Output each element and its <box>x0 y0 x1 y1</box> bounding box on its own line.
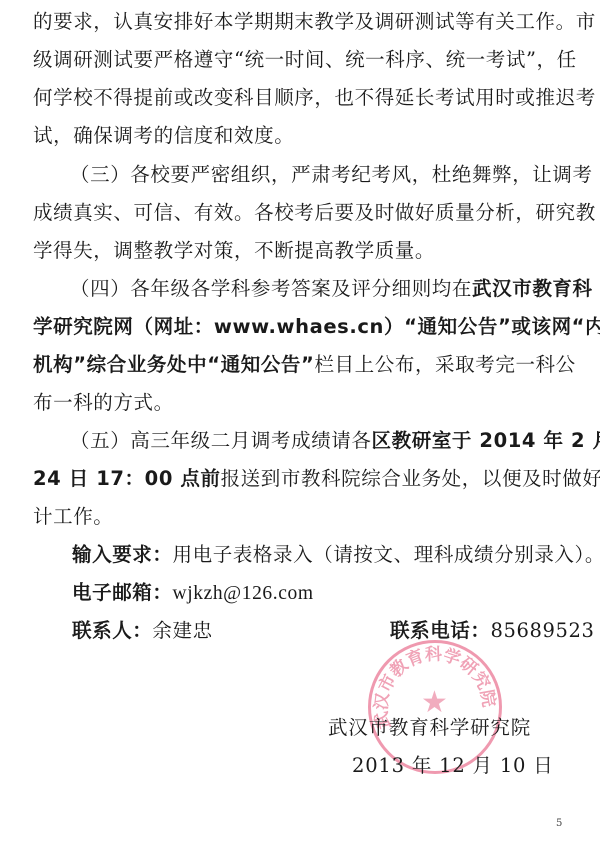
page-number: 5 <box>556 818 562 829</box>
bold-text: 机构”综合业务处中“通知公告” <box>33 353 314 376</box>
bold-text: 武汉市教育科 <box>472 277 593 300</box>
section-3-line: 学得失，调整教学对策，不断提高教学质量。 <box>33 239 573 263</box>
person-label: 联系人： <box>72 619 152 642</box>
plain-text: （五）高三年级二月调考成绩请各 <box>70 429 372 452</box>
section-5-line-3: 计工作。 <box>33 505 573 529</box>
section-3-line: 成绩真实、可信、有效。各校考后要及时做好质量分析，研究教 <box>33 201 573 225</box>
plain-text: （四）各年级各学科参考答案及评分细则均在 <box>70 277 472 300</box>
section-4-line-4: 布一科的方式。 <box>33 391 573 415</box>
bold-text: 24 日 17：00 点前 <box>33 467 221 490</box>
paragraph-line: 试，确保调考的信度和效度。 <box>33 124 573 148</box>
section-5-line-2: 24 日 17：00 点前报送到市教科院综合业务处，以便及时做好统 <box>33 467 573 491</box>
section-4-line-2: 学研究院网（网址：www.whaes.cn）“通知公告”或该网“内设 <box>33 315 573 339</box>
section-3-line: （三）各校要严密组织，严肃考纪考风，杜绝舞弊，让调考 <box>70 163 600 187</box>
input-requirement: 输入要求：用电子表格录入（请按文、理科成绩分别录入）。 <box>72 543 600 567</box>
person-value: 余建忠 <box>152 619 212 642</box>
phone-label: 联系电话： <box>390 619 491 642</box>
signature-org: 武汉市教育科学研究院 <box>328 712 531 740</box>
paragraph-line: 何学校不得提前或改变科目顺序，也不得延长考试用时或推迟考 <box>33 86 573 110</box>
section-5-line-1: （五）高三年级二月调考成绩请各区教研室于 2014 年 2 月 <box>70 429 600 453</box>
input-value: 用电子表格录入（请按文、理科成绩分别录入）。 <box>173 543 600 566</box>
paragraph-line: 级调研测试要严格遵守“统一时间、统一科序、统一考试”，任 <box>33 48 573 72</box>
email-line: 电子邮箱：wjkzh@126.com <box>72 581 600 606</box>
email-label: 电子邮箱： <box>72 581 173 604</box>
paragraph-line: 的要求，认真安排好本学期期末教学及调研测试等有关工作。市 <box>33 10 573 34</box>
input-label: 输入要求： <box>72 543 173 566</box>
phone-line: 联系电话：85689523 <box>390 619 590 643</box>
phone-value: 85689523 <box>491 619 595 642</box>
section-4-line-1: （四）各年级各学科参考答案及评分细则均在武汉市教育科 <box>70 277 600 301</box>
plain-text: 报送到市教科院综合业务处，以便及时做好统 <box>221 467 600 490</box>
section-4-line-3: 机构”综合业务处中“通知公告”栏目上公布，采取考完一科公 <box>33 353 573 377</box>
signature-date: 2013 年 12 月 10 日 <box>352 750 554 778</box>
plain-text: 栏目上公布，采取考完一科公 <box>314 353 575 376</box>
email-value: wjkzh@126.com <box>173 583 314 604</box>
bold-text: 区教研室于 2014 年 2 月 <box>372 429 600 452</box>
